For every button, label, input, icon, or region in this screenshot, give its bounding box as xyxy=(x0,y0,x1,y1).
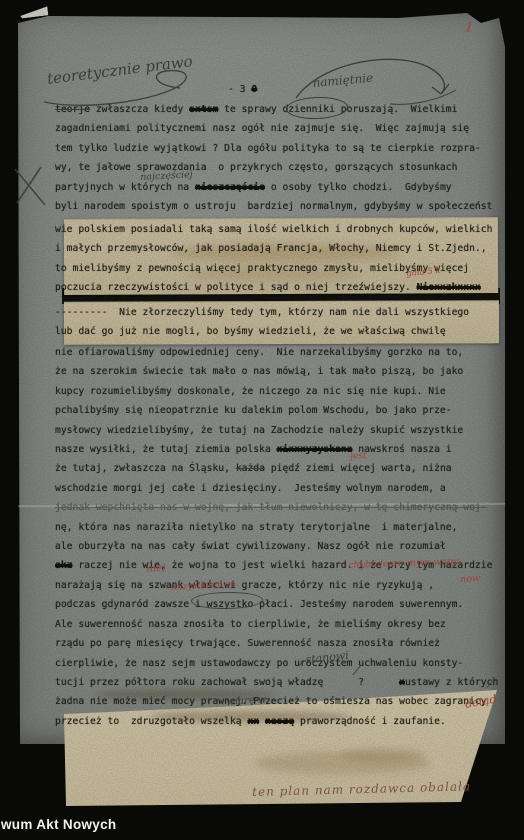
slash-mark: / xyxy=(353,663,360,679)
note-najczesciej: najczęściej xyxy=(140,169,193,183)
note-nie: nie) xyxy=(146,562,166,575)
note-wszystkiem-za: wszystkiem za xyxy=(170,580,236,593)
hand-loop-underline xyxy=(38,62,228,110)
slash-mark-2: / xyxy=(487,679,493,690)
note-now: now xyxy=(460,573,481,585)
handwritten-annotation-layer: teoretycznie prawonamiętnie1najczęściejg… xyxy=(0,0,524,840)
note-wiare-w: wiarę w xyxy=(226,694,267,708)
note-dotad: dotąd. xyxy=(464,692,501,711)
note-stanowi: , stanowi xyxy=(298,649,349,667)
note-scribble: gała 5 k xyxy=(406,266,441,279)
note-pencil: ten plan nam rozdawca obalała xyxy=(252,779,471,799)
archive-watermark: Archiwum Akt Nowych xyxy=(0,817,116,832)
x-margin-mark xyxy=(10,166,52,208)
page-digit: 1 xyxy=(464,20,474,36)
note-chyba: chyba lesze mym wany- xyxy=(348,556,462,571)
hand-arrow xyxy=(278,48,478,110)
note-jest: jest xyxy=(350,451,367,462)
scanned-archival-document: - 3 0teorje zwłaszcza kiedy sxtsm te spr… xyxy=(0,0,524,840)
